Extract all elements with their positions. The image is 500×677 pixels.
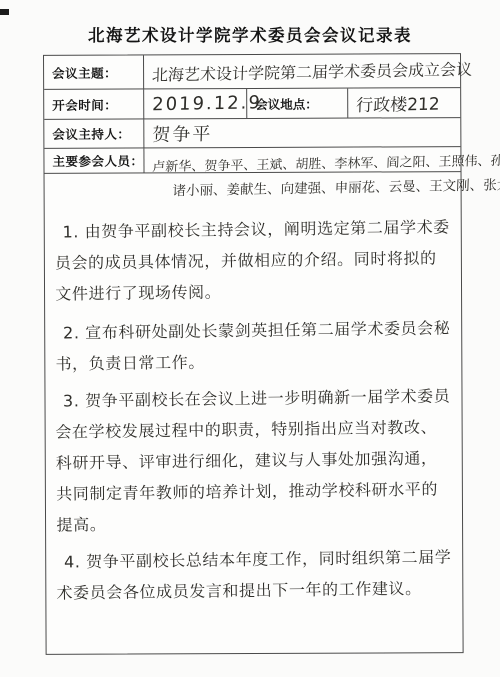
minute-item-1: 1. 由贺争平副校长主持会议，阐明选定第二届学术委员会的成员具体情况，并做相应的… [54,211,451,309]
topic-handwritten-value: 北海艺术设计学院第二届学术委员会成立会议 [152,57,473,86]
host-label: 会议主持人： [44,119,144,147]
host-value-cell: 贺争平 [144,118,460,147]
participants-label: 主要参会人员： [44,148,144,172]
topic-value-cell: 北海艺术设计学院第二届学术委员会成立会议 [144,54,472,88]
topic-label: 会议主题： [44,55,144,88]
minute-item-3: 3. 贺争平副校长在会议上进一步明确新一届学术委员会在学校发展过程中的职责，特别… [55,380,453,540]
minute-item-2: 2. 宣布科研处副处长蒙剑英担任第二届学术委员会秘书，负责日常工作。 [55,312,452,379]
participants-handwritten-line1: 卢新华、贺争平、王斌、胡胜、李林军、阎之阳、王照伟、孙竹青、 [152,149,500,175]
row-time-location: 开会时间： 2019.12.9 会议地点： 行政楼212 [44,88,460,120]
row-topic: 会议主题： 北海艺术设计学院第二届学术委员会成立会议 [44,54,460,90]
minutes-body-cell: 诸小丽、姜献生、向建强、申丽花、云曼、王文刚、张大伟 1. 由贺争平副校长主持会… [45,172,463,654]
row-participants: 主要参会人员： 卢新华、贺争平、王斌、胡胜、李林军、阎之阳、王照伟、孙竹青、 [44,147,460,174]
minute-item-4: 4. 贺争平副校长总结本年度工作，同时组织第二届学术委员会各位成员发言和提出下一… [56,541,453,608]
time-handwritten-value: 2019.12.9 [152,92,262,115]
location-value-cell: 行政楼212 [348,88,460,117]
location-handwritten-value: 行政楼212 [356,90,440,117]
location-label: 会议地点： [247,89,348,118]
page-title: 北海艺术设计学院学术委员会会议记录表 [0,22,500,46]
time-value-cell: 2019.12.9 [144,89,247,118]
participants-handwritten-line2: 诸小丽、姜献生、向建强、申丽花、云曼、王文刚、张大伟 [172,173,451,205]
host-handwritten-value: 贺争平 [152,120,213,147]
time-label: 开会时间： [44,89,144,118]
row-host: 会议主持人： 贺争平 [44,118,460,149]
participants-value-cell: 卢新华、贺争平、王斌、胡胜、李林军、阎之阳、王照伟、孙竹青、 [144,147,500,173]
scan-artifact-mark [0,9,9,15]
meeting-record-table: 会议主题： 北海艺术设计学院第二届学术委员会成立会议 开会时间： 2019.12… [43,53,464,655]
scanned-meeting-record: { "page": { "title": "北海艺术设计学院学术委员会会议记录表… [0,0,500,677]
